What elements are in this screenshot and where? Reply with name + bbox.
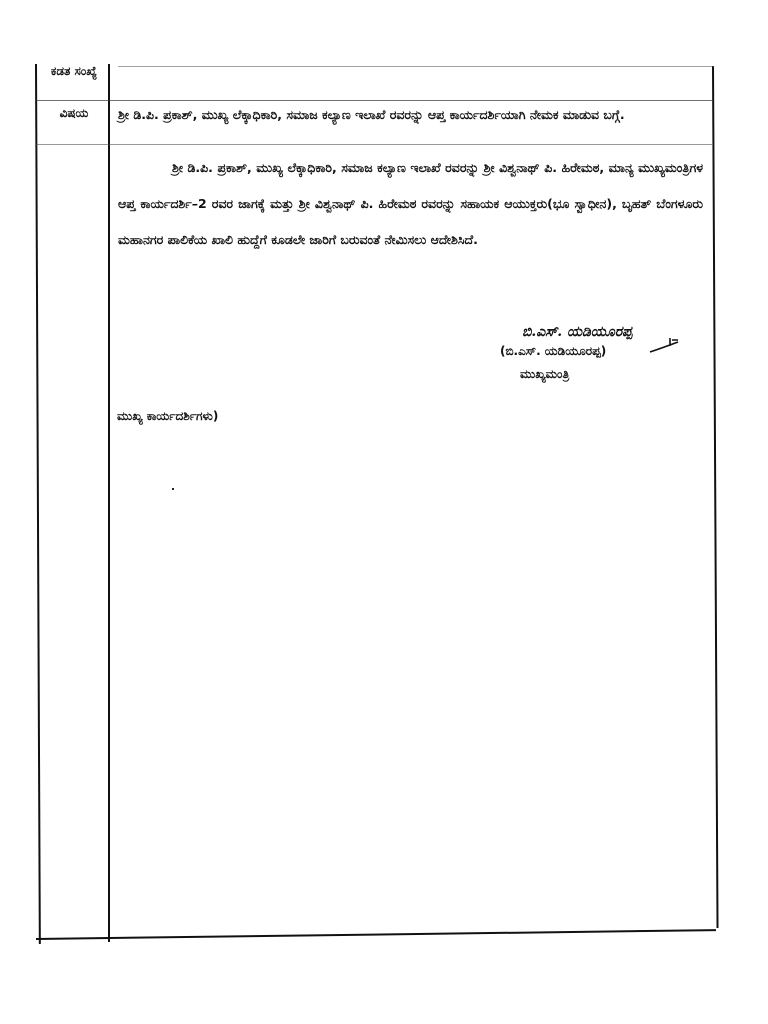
table-border-top bbox=[118, 66, 714, 67]
table-row-divider-2 bbox=[36, 144, 712, 145]
signatory-name: (ಬಿ.ಎಸ್. ಯಡಿಯೂರಪ್ಪ) bbox=[500, 344, 660, 359]
signatory-title: ಮುಖ್ಯಮಂತ್ರಿ bbox=[520, 367, 640, 382]
order-body-text: ಶ್ರೀ ಡಿ.ಪಿ. ಪ್ರಕಾಶ್, ಮುಖ್ಯ ಲೆಕ್ಕಾಧಿಕಾರಿ,… bbox=[118, 150, 703, 258]
table-row-divider-1 bbox=[36, 100, 712, 101]
table-border-left bbox=[35, 64, 41, 944]
table-border-bottom bbox=[36, 929, 716, 940]
table-border-right bbox=[712, 66, 719, 928]
scan-speck bbox=[172, 488, 174, 490]
scanned-document-page: ಕಡತ ಸಂಖ್ಯೆ ವಿಷಯ ಶ್ರೀ ಡಿ.ಪಿ. ಪ್ರಕಾಶ್, ಮುಖ… bbox=[0, 0, 768, 1024]
subject-text: ಶ್ರೀ ಡಿ.ಪಿ. ಪ್ರಕಾಶ್, ಮುಖ್ಯ ಲೆಕ್ಕಾಧಿಕಾರಿ,… bbox=[118, 104, 703, 126]
table-column-divider bbox=[108, 64, 110, 942]
copy-to-recipient: ಮುಖ್ಯ ಕಾರ್ಯದರ್ಶಿಗಳು) bbox=[117, 409, 218, 424]
subject-label: ವಿಷಯ bbox=[44, 104, 104, 122]
file-number-label: ಕಡತ ಸಂಖ್ಯೆ bbox=[44, 62, 104, 80]
